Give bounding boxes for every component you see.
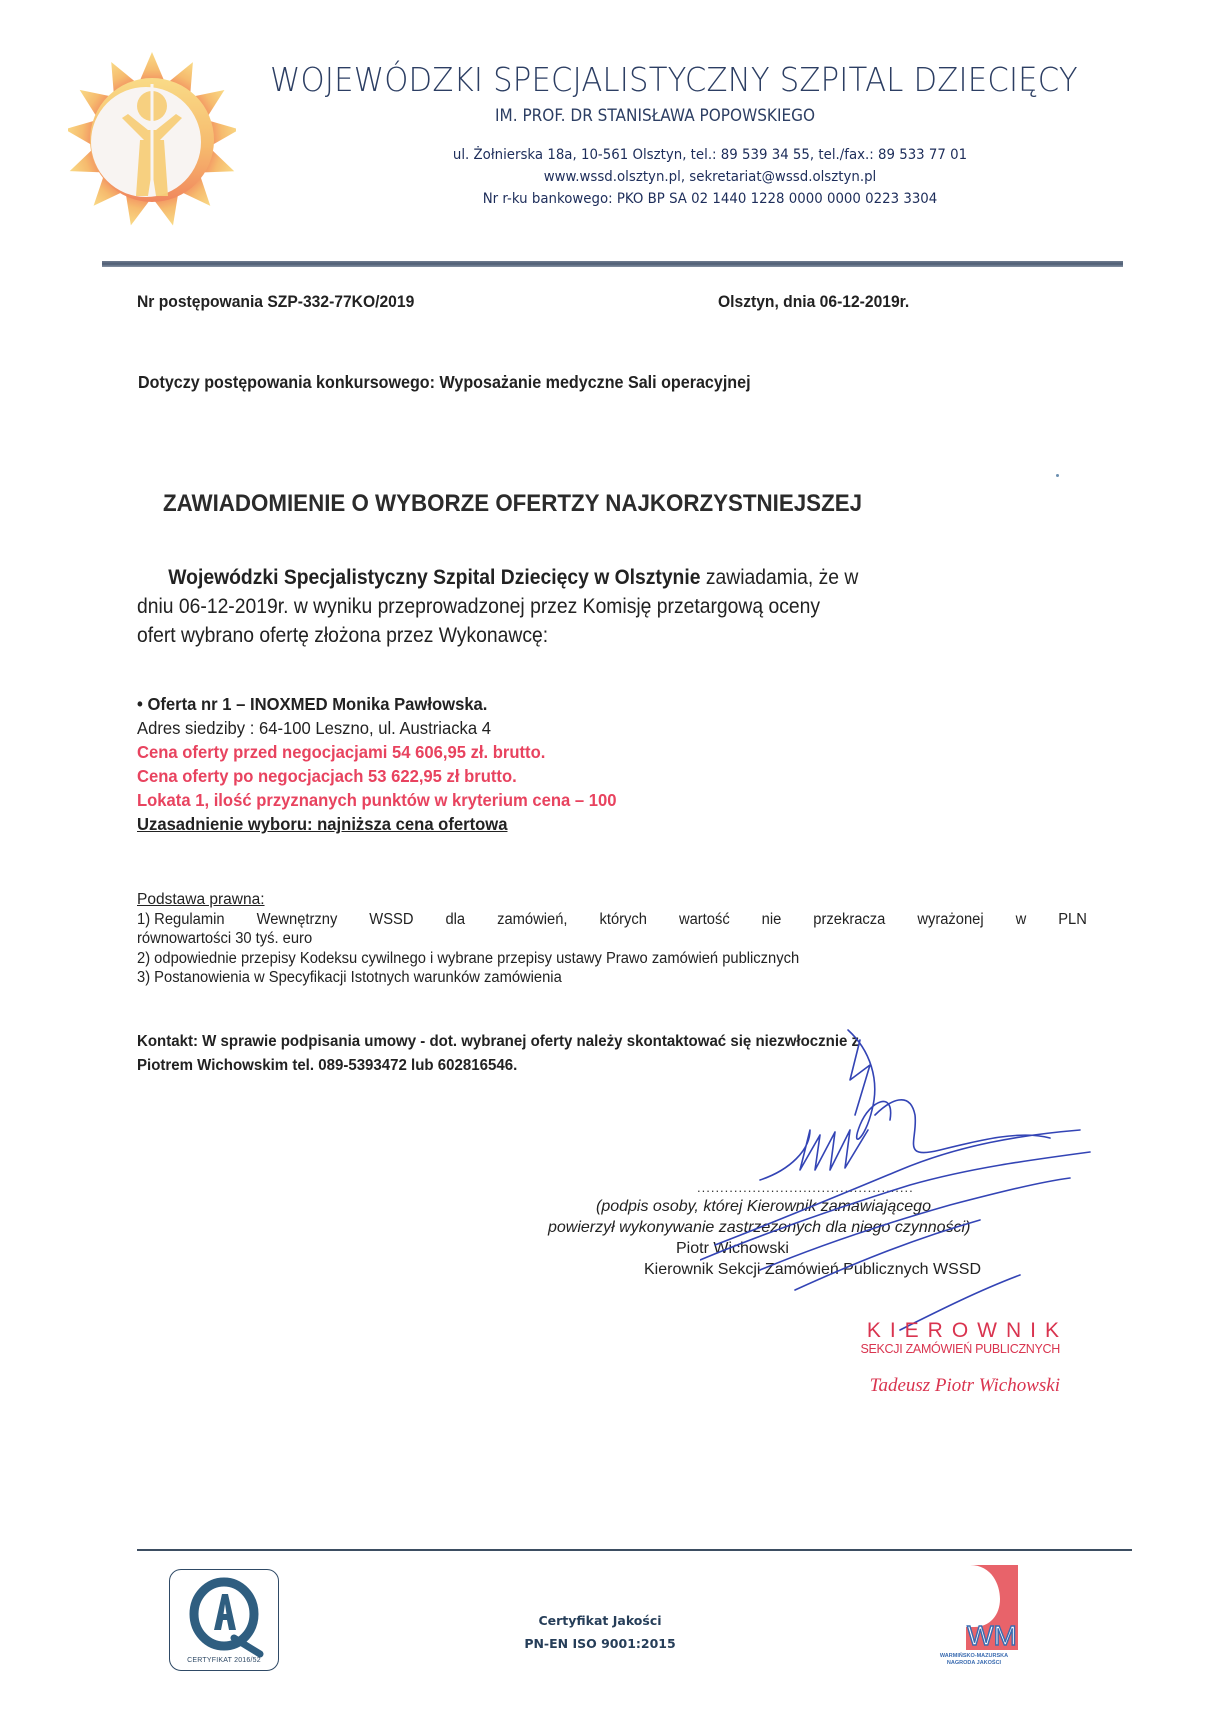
sun-child-logo-icon: [68, 48, 236, 228]
scan-speck: [1056, 474, 1059, 477]
legal-basis: Podstawa prawna: 1) RegulaminWewnętrznyW…: [137, 890, 1087, 988]
offer-name: • Oferta nr 1 – INOXMED Monika Pawłowska…: [137, 692, 617, 716]
wm-caption-2: NAGRODA JAKOŚCI: [928, 1660, 1020, 1667]
document-title: ZAWIADOMIENIE O WYBORZE OFERTZY NAJKORZY…: [163, 490, 862, 518]
legal-item-1-word: których: [599, 910, 646, 930]
wm-award-caption: WARMIŃSKO-MAZURSKA NAGRODA JAKOŚCI: [928, 1653, 1020, 1667]
signature-line: ........................................…: [697, 1180, 914, 1195]
intro-line-1: Wojewódzki Specjalistyczny Szpital Dziec…: [137, 563, 1011, 592]
legal-item-1-word: wartość: [679, 910, 730, 930]
quality-certificate-text: Certyfikat Jakości PN-EN ISO 9001:2015: [520, 1609, 680, 1655]
legal-item-1-word: przekracza: [813, 910, 885, 930]
stamp-name: Tadeusz Piotr Wichowski: [800, 1375, 1060, 1397]
offer-ranking: Lokata 1, ilość przyznanych punktów w kr…: [137, 788, 617, 812]
case-number: Nr postępowania SZP-332-77KO/2019: [137, 292, 414, 312]
contact-info: Kontakt: W sprawie podpisania umowy - do…: [137, 1030, 905, 1078]
cert-line-1: Certyfikat Jakości: [520, 1609, 680, 1632]
intro-hospital-name: Wojewódzki Specjalistyczny Szpital Dziec…: [168, 566, 700, 589]
hospital-web-email[interactable]: www.wssd.olsztyn.pl, sekretariat@wssd.ol…: [425, 166, 995, 188]
q-certificate-icon: [170, 1576, 278, 1660]
intro-line-3: ofert wybrano ofertę złożona przez Wykon…: [137, 621, 1011, 650]
legal-basis-header: Podstawa prawna:: [137, 890, 1087, 910]
offer-justification: Uzasadnienie wyboru: najniższa cena ofer…: [137, 812, 617, 836]
legal-item-1-cont: równowartości 30 tyś. euro: [137, 929, 1040, 949]
wm-caption-1: WARMIŃSKO-MAZURSKA: [928, 1653, 1020, 1660]
intro-line-1-rest: zawiadamia, że w: [700, 566, 858, 589]
signature-caption-1: (podpis osoby, której Kierownik zamawiaj…: [548, 1196, 981, 1217]
legal-item-1-word: nie: [762, 910, 782, 930]
legal-item-1-word: WSSD: [369, 910, 413, 930]
signature-block: (podpis osoby, której Kierownik zamawiaj…: [548, 1196, 981, 1280]
signatory-role: Kierownik Sekcji Zamówień Publicznych WS…: [548, 1259, 981, 1280]
legal-item-1-word: dla: [445, 910, 465, 930]
official-stamp: KIEROWNIK SEKCJI ZAMÓWIEŃ PUBLICZNYCH Ta…: [800, 1320, 1060, 1397]
stamp-title: KIEROWNIK: [800, 1320, 1068, 1342]
offer-price-before: Cena oferty przed negocjacjami 54 606,95…: [137, 740, 617, 764]
footer-divider: [137, 1549, 1132, 1551]
subject-line: Dotyczy postępowania konkursowego: Wypos…: [138, 372, 751, 393]
legal-item-1-word: Wewnętrzny: [257, 910, 338, 930]
legal-item-1-word: 1) Regulamin: [137, 910, 225, 930]
intro-paragraph: Wojewódzki Specjalistyczny Szpital Dziec…: [137, 563, 1087, 650]
legal-item-1: 1) RegulaminWewnętrznyWSSDdlazamówień,kt…: [137, 910, 1087, 930]
cert-line-2: PN-EN ISO 9001:2015: [520, 1632, 680, 1655]
legal-item-1-word: zamówień,: [497, 910, 567, 930]
hospital-bank-account: Nr r-ku bankowego: PKO BP SA 02 1440 122…: [425, 188, 995, 210]
place-date: Olsztyn, dnia 06-12-2019r.: [718, 292, 909, 312]
legal-item-1-word: w: [1016, 910, 1027, 930]
q-certificate-label: CERTYFIKAT 2016/52: [170, 1657, 278, 1664]
offer-price-after: Cena oferty po negocjacjach 53 622,95 zł…: [137, 764, 617, 788]
signature-caption-2: powierzył wykonywanie zastrzeżonych dla …: [548, 1217, 981, 1238]
hospital-patron: IM. PROF. DR STANISŁAWA POPOWSKIEGO: [495, 106, 815, 126]
contact-line-2: Piotrem Wichowskim tel. 089-5393472 lub …: [137, 1054, 859, 1078]
selected-offer: • Oferta nr 1 – INOXMED Monika Pawłowska…: [137, 692, 642, 836]
legal-item-2: 2) odpowiednie przepisy Kodeksu cywilneg…: [137, 949, 1040, 969]
signatory-name: Piotr Wichowski: [548, 1238, 981, 1259]
legal-item-1-word: wyrażonej: [917, 910, 983, 930]
stamp-subtitle: SEKCJI ZAMÓWIEŃ PUBLICZNYCH: [800, 1342, 1060, 1357]
offer-address: Adres siedziby : 64-100 Leszno, ul. Aust…: [137, 716, 617, 740]
svg-text:WM: WM: [967, 1620, 1017, 1650]
warmia-mazury-quality-award-logo-icon: WM: [930, 1565, 1018, 1650]
hospital-address: ul. Żołnierska 18a, 10-561 Olsztyn, tel.…: [425, 144, 995, 166]
header-divider: [102, 261, 1123, 267]
legal-item-1-word: PLN: [1058, 910, 1087, 930]
legal-item-3: 3) Postanowienia w Specyfikacji Istotnyc…: [137, 968, 1040, 988]
quality-certificate-badge: CERTYFIKAT 2016/52: [169, 1569, 279, 1671]
intro-line-2: dniu 06-12-2019r. w wyniku przeprowadzon…: [137, 592, 1011, 621]
hospital-name: WOJEWÓDZKI SPECJALISTYCZNY SZPITAL DZIEC…: [270, 60, 1079, 99]
contact-line-1: Kontakt: W sprawie podpisania umowy - do…: [137, 1030, 859, 1054]
hospital-contact-info: ul. Żołnierska 18a, 10-561 Olsztyn, tel.…: [425, 144, 995, 210]
